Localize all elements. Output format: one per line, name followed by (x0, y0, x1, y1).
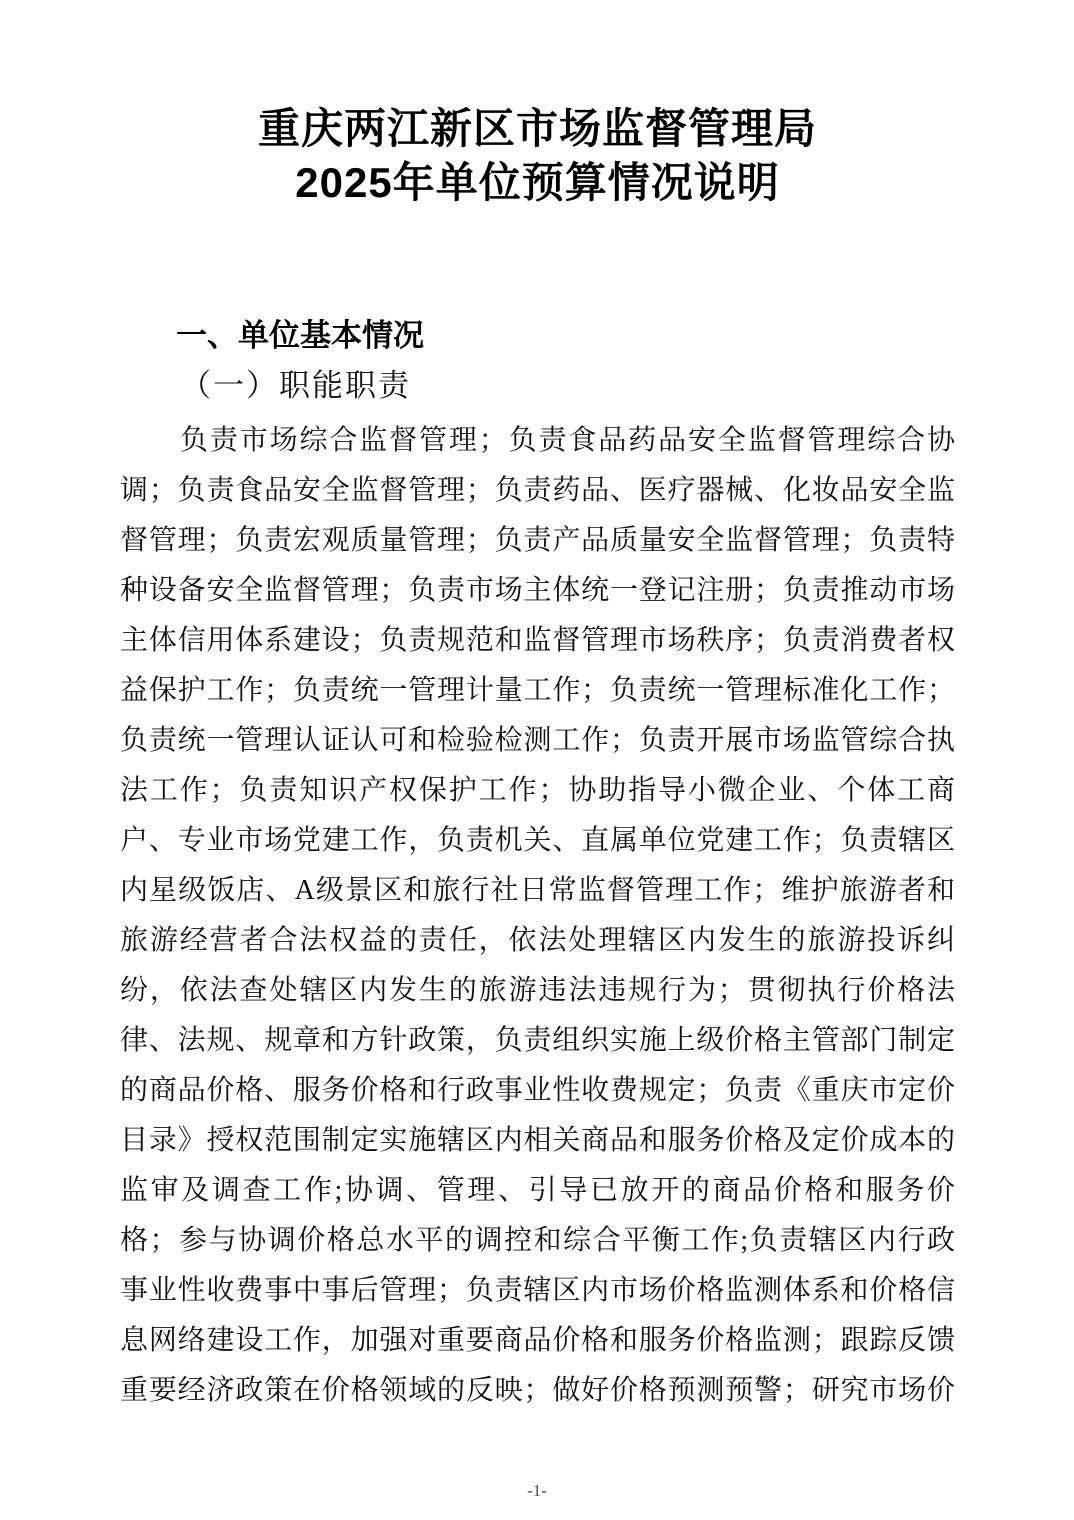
body-line: 纷，依法查处辖区内发生的旅游违法违规行为；贯彻执行价格法 (120, 966, 955, 1016)
body-line: 调；负责食品安全监督管理；负责药品、医疗器械、化妆品安全监 (120, 466, 955, 516)
body-line: 种设备安全监督管理；负责市场主体统一登记注册；负责推动市场 (120, 566, 955, 616)
body-line: 主体信用体系建设；负责规范和监督管理市场秩序；负责消费者权 (120, 616, 955, 666)
document-page: 重庆两江新区市场监督管理局 2025年单位预算情况说明 一、单位基本情况 （一）… (0, 0, 1074, 1520)
document-title: 重庆两江新区市场监督管理局 2025年单位预算情况说明 (120, 102, 955, 210)
page-number: -1- (0, 1480, 1074, 1502)
body-line: 重要经济政策在价格领域的反映；做好价格预测预警；研究市场价 (120, 1366, 955, 1416)
document-title-line1: 重庆两江新区市场监督管理局 (120, 102, 955, 156)
body-line: 户、专业市场党建工作，负责机关、直属单位党建工作；负责辖区 (120, 816, 955, 866)
section-heading: 一、单位基本情况 (120, 316, 955, 356)
sub-heading: （一）职能职责 (120, 366, 955, 406)
body-line: 息网络建设工作，加强对重要商品价格和服务价格监测；跟踪反馈 (120, 1316, 955, 1366)
body-line: 内星级饭店、A级景区和旅行社日常监督管理工作；维护旅游者和 (120, 866, 955, 916)
body-line: 格；参与协调价格总水平的调控和综合平衡工作;负责辖区内行政 (120, 1216, 955, 1266)
body-line: 律、法规、规章和方针政策，负责组织实施上级价格主管部门制定 (120, 1016, 955, 1066)
body-line: 旅游经营者合法权益的责任，依法处理辖区内发生的旅游投诉纠 (120, 916, 955, 966)
body-line: 益保护工作；负责统一管理计量工作；负责统一管理标准化工作； (120, 666, 955, 716)
body-line: 监审及调查工作;协调、管理、引导已放开的商品价格和服务价 (120, 1166, 955, 1216)
body-line: 目录》授权范围制定实施辖区内相关商品和服务价格及定价成本的 (120, 1116, 955, 1166)
document-title-line2: 2025年单位预算情况说明 (120, 156, 955, 210)
body-line: 的商品价格、服务价格和行政事业性收费规定；负责《重庆市定价 (120, 1066, 955, 1116)
body-line: 事业性收费事中事后管理；负责辖区内市场价格监测体系和价格信 (120, 1266, 955, 1316)
body-paragraph: 负责市场综合监督管理；负责食品药品安全监督管理综合协 调；负责食品安全监督管理；… (120, 416, 955, 1416)
body-line: 法工作；负责知识产权保护工作；协助指导小微企业、个体工商 (120, 766, 955, 816)
body-line: 负责市场综合监督管理；负责食品药品安全监督管理综合协 (120, 416, 955, 466)
body-line: 负责统一管理认证认可和检验检测工作；负责开展市场监管综合执 (120, 716, 955, 766)
body-line: 督管理；负责宏观质量管理；负责产品质量安全监督管理；负责特 (120, 516, 955, 566)
